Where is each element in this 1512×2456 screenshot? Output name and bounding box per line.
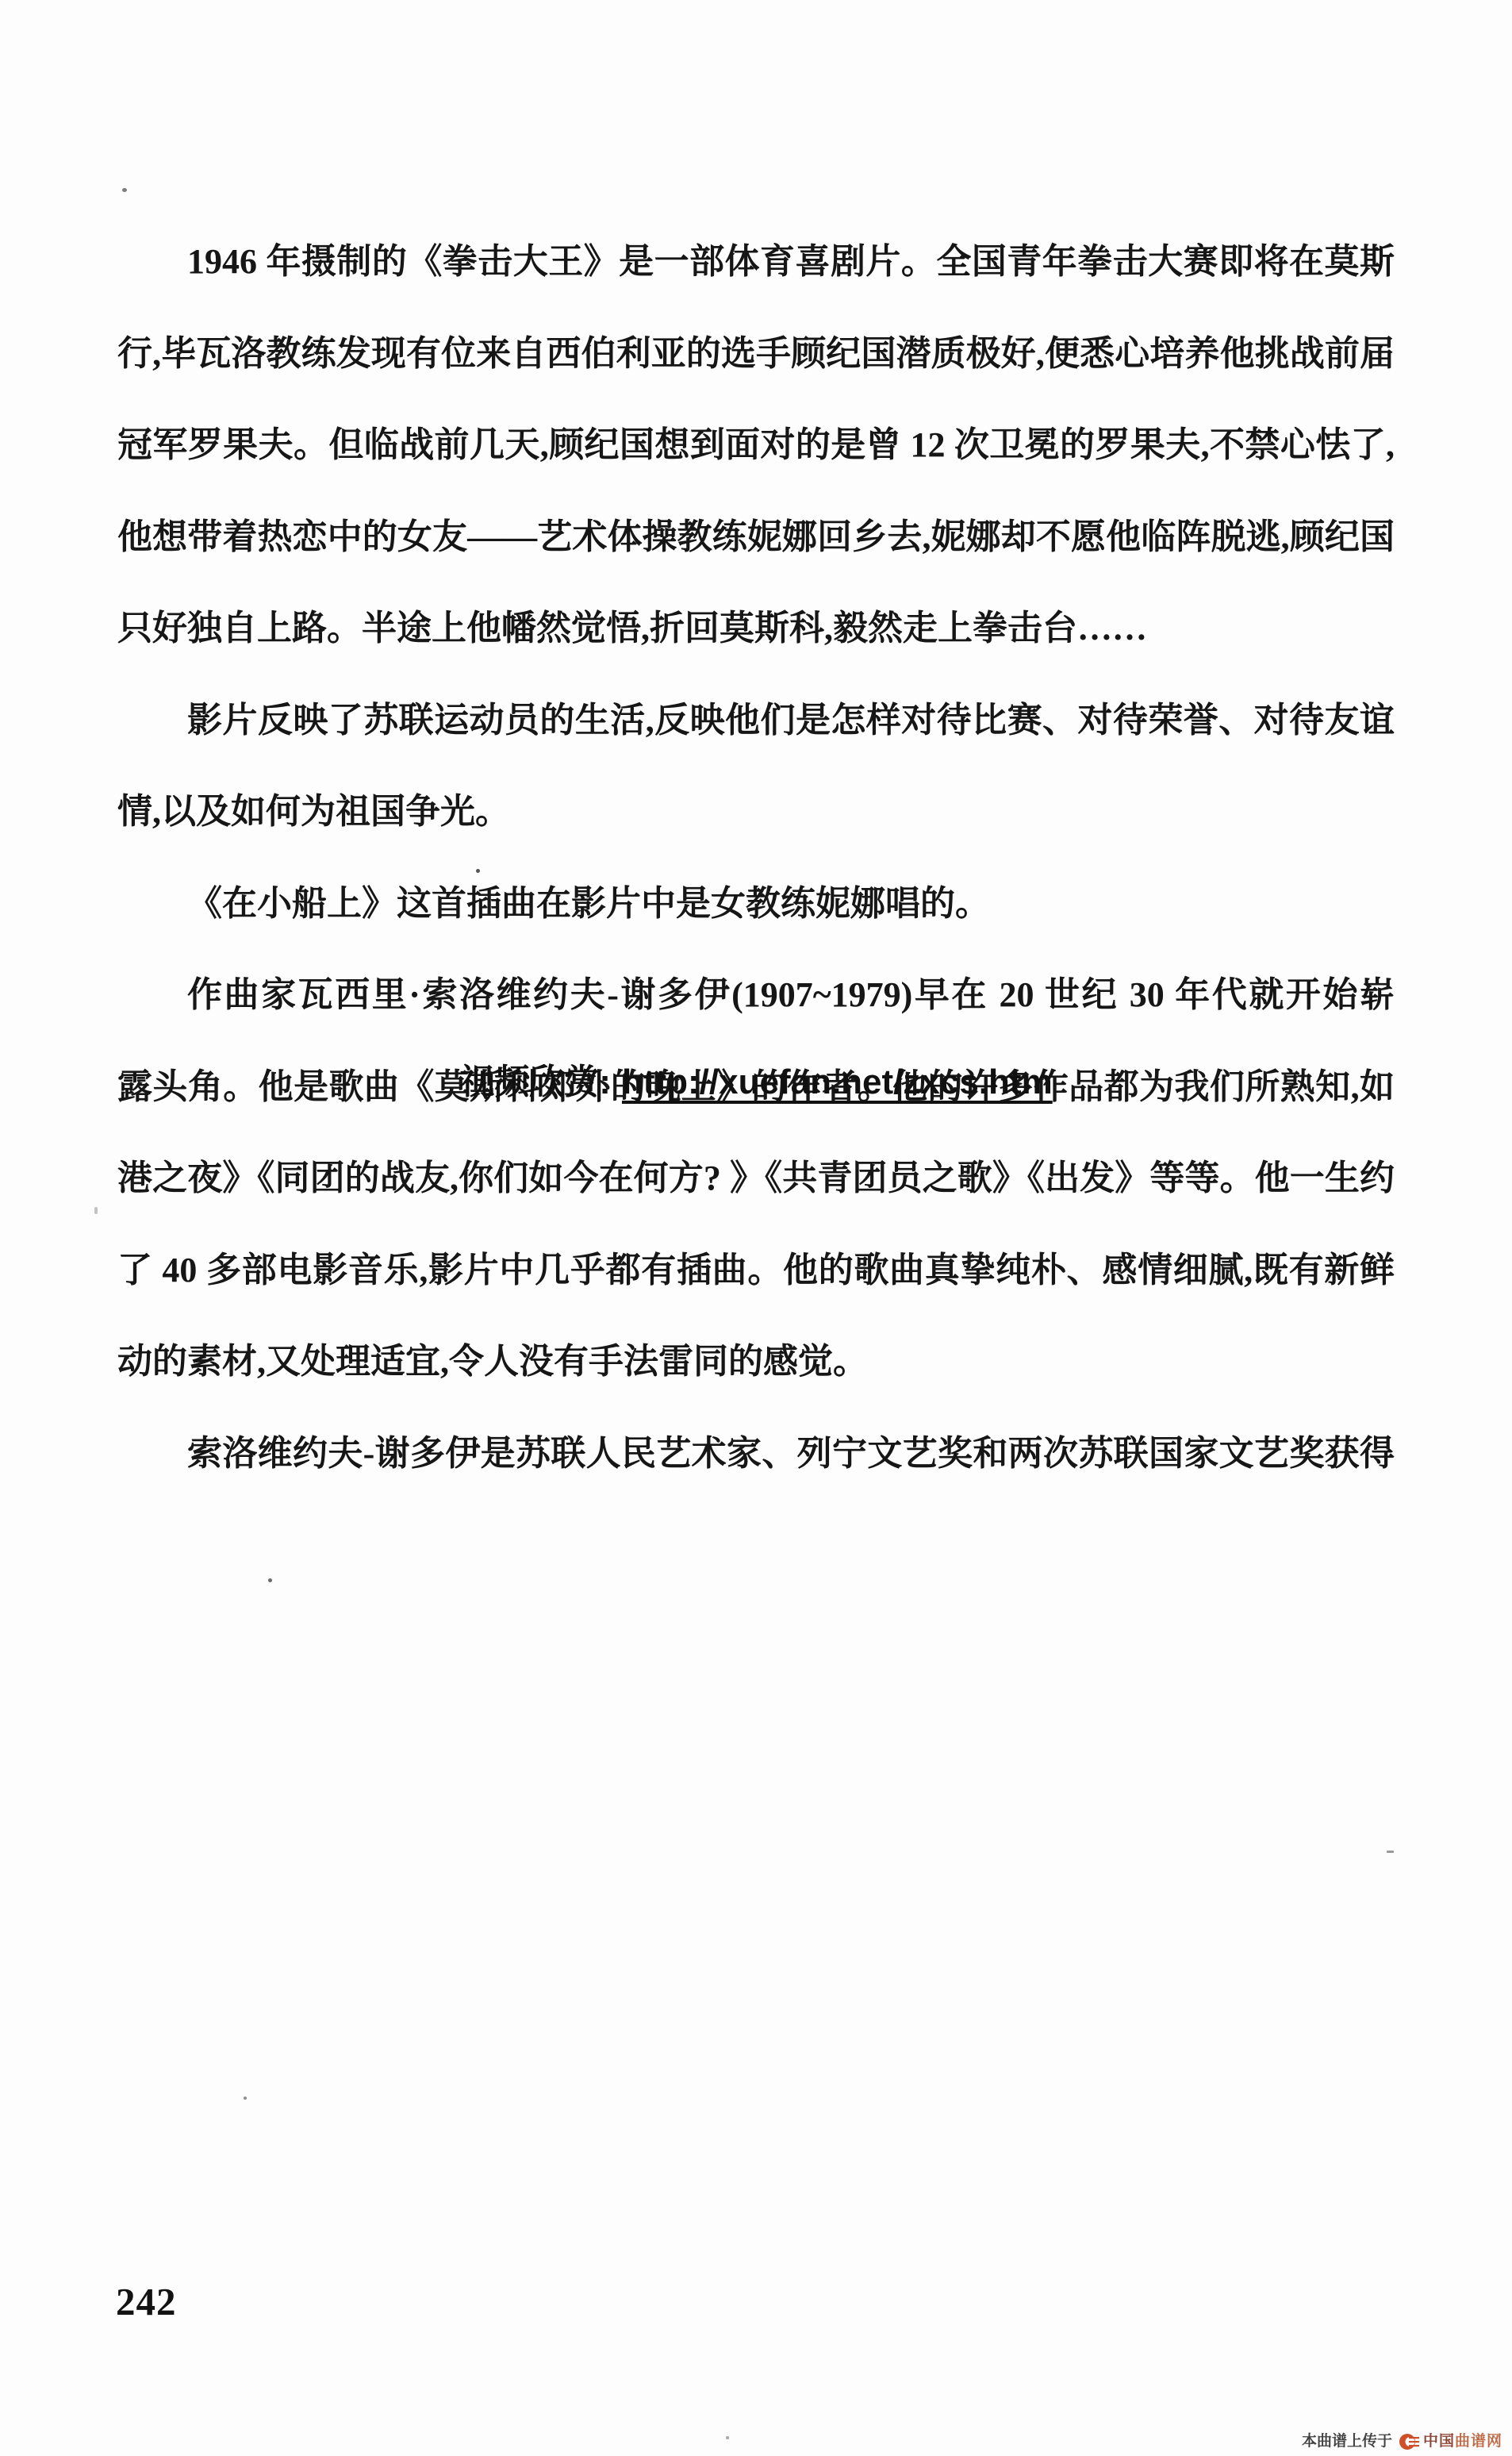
video-link-url[interactable]: http://xuefan.net/zxcs.htm bbox=[622, 1063, 1053, 1101]
text-line: 冠军罗果夫。但临战前几天,顾纪国想到面对的是曾 12 次卫冕的罗果夫,不禁心怯了… bbox=[117, 417, 1395, 474]
text-line: 行,毕瓦洛教练发现有位来自西伯利亚的选手顾纪国潜质极好,便悉心培养他挑战前届 bbox=[117, 325, 1395, 382]
text-line: 他想带着热恋中的女友——艺术体操教练妮娜回乡去,妮娜却不愿他临阵脱逃,顾纪国 bbox=[117, 509, 1395, 566]
text-line: 只好独自上路。半途上他幡然觉悟,折回莫斯科,毅然走上拳击台…… bbox=[117, 600, 1395, 657]
music-site-logo-icon bbox=[1399, 2433, 1419, 2450]
watermark: 本曲谱上传于 中国 曲谱网 bbox=[1302, 2432, 1502, 2451]
text-line: 索洛维约夫-谢多伊是苏联人民艺术家、列宁文艺奖和两次苏联国家文艺奖获得者。 bbox=[117, 1425, 1395, 1482]
scan-speck bbox=[244, 2097, 247, 2100]
article-text: 1946 年摄制的《拳击大王》是一部体育喜剧片。全国青年拳击大赛即将在莫斯科举 … bbox=[117, 198, 1395, 1516]
scan-speck bbox=[268, 1578, 272, 1582]
text-line: 港之夜》《同团的战友,你们如今在何方? 》《共青团员之歌》《出发》等等。他一生约… bbox=[117, 1150, 1395, 1207]
text-line: 情,以及如何为祖国争光。 bbox=[117, 783, 1395, 840]
watermark-brand-primary: 中国 bbox=[1423, 2432, 1455, 2451]
text-line: 作曲家瓦西里·索洛维约夫-谢多伊(1907~1979)早在 20 世纪 30 年… bbox=[117, 967, 1395, 1024]
text-line: 《在小船上》这首插曲在影片中是女教练妮娜唱的。 bbox=[117, 875, 1395, 932]
scan-speck bbox=[726, 2436, 729, 2439]
scan-speck bbox=[1387, 1851, 1394, 1853]
text-line: 1946 年摄制的《拳击大王》是一部体育喜剧片。全国青年拳击大赛即将在莫斯科举 bbox=[117, 233, 1395, 290]
scan-speck bbox=[122, 188, 127, 192]
text-line: 动的素材,又处理适宜,令人没有手法雷同的感觉。 bbox=[117, 1333, 1395, 1390]
video-link-label: 视频欣赏: bbox=[459, 1063, 611, 1101]
scan-speck bbox=[94, 1207, 98, 1214]
text-line: 了 40 多部电影音乐,影片中几乎都有插曲。他的歌曲真挚纯朴、感情细腻,既有新鲜… bbox=[117, 1242, 1395, 1299]
document-page: 1946 年摄制的《拳击大王》是一部体育喜剧片。全国青年拳击大赛即将在莫斯科举 … bbox=[0, 0, 1512, 2456]
video-link-line: 视频欣赏:http://xuefan.net/zxcs.htm bbox=[0, 1060, 1512, 1105]
text-line: 影片反映了苏联运动员的生活,反映他们是怎样对待比赛、对待荣誉、对待友谊和爱 bbox=[117, 692, 1395, 749]
watermark-brand-secondary: 曲谱网 bbox=[1455, 2432, 1502, 2451]
page-number: 242 bbox=[116, 2279, 177, 2324]
watermark-prefix: 本曲谱上传于 bbox=[1302, 2432, 1392, 2451]
